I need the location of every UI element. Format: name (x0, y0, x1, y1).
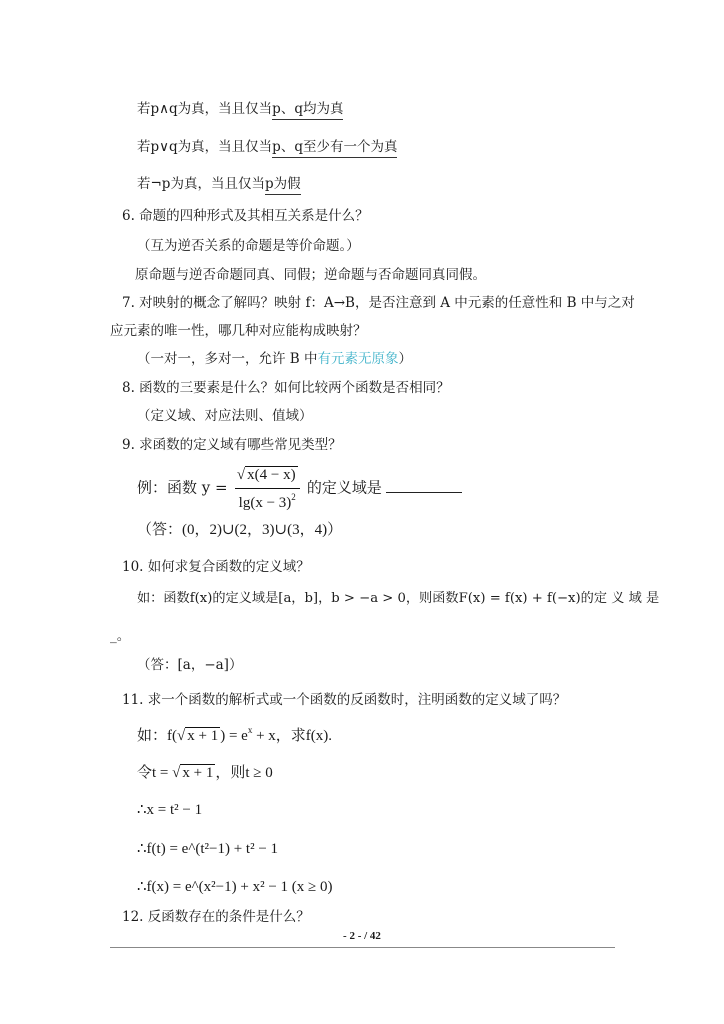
answer-blank (386, 478, 462, 493)
q7-question-line1: 7. 对映射的概念了解吗？映射 f：A→B，是否注意到 A 中元素的任意性和 B… (122, 294, 635, 312)
q9-question: 9. 求函数的定义域有哪些常见类型？ (122, 436, 342, 454)
q9-answer: （答：(0，2)∪(2，3)∪(3，4)） (137, 521, 342, 539)
q7-answer: （一对一，多对一，允许 B 中有元素无原象） (137, 350, 412, 368)
q11-step4: ∴f(x) = e^(x²−1) + x² − 1 (x ≥ 0) (137, 878, 333, 896)
sqrt-icon: √ (237, 467, 245, 483)
denominator-text: lg(x − 3) (239, 495, 292, 511)
q10-example-tail: _。 (110, 627, 130, 645)
q6-note: （互为逆否关系的命题是等价命题。） (137, 237, 360, 255)
q11-step3: ∴f(t) = e^(t²−1) + t² − 1 (137, 840, 278, 858)
exponent: 2 (291, 492, 296, 502)
q10-question: 10. 如何求复合函数的定义域？ (122, 558, 310, 576)
radicand: x + 1 (180, 764, 215, 781)
answer-text: ） (399, 351, 413, 367)
math-text: + x，求f(x). (252, 728, 332, 744)
math-text: ) = e (220, 728, 248, 744)
numerator: √x(4 − x) (235, 463, 300, 489)
fraction: √x(4 − x) lg(x − 3)2 (235, 463, 300, 515)
logic-rule-not: 若¬p为真，当且仅当p为假 (137, 175, 301, 193)
radicand: x + 1 (185, 727, 220, 744)
q11-question: 11. 求一个函数的解析式或一个函数的反函数时，注明函数的定义域了吗？ (122, 691, 566, 709)
q9-example: 例：函数 y = √x(4 − x) lg(x − 3)2 的定义域是 (137, 463, 462, 515)
denominator: lg(x − 3)2 (235, 489, 300, 515)
rule-answer: p、q均为真 (272, 101, 343, 120)
logic-rule-or: 若p∨q为真，当且仅当p、q至少有一个为真 (137, 138, 397, 156)
q11-step2: ∴x = t² − 1 (137, 801, 202, 819)
answer-text: （一对一，多对一，允许 B 中 (137, 351, 318, 367)
math-text: 令t = (137, 765, 172, 781)
q11-step1: 令t = √x + 1，则t ≥ 0 (137, 764, 273, 782)
radicand: x(4 − x) (245, 466, 297, 483)
rule-answer: p为假 (265, 176, 301, 195)
page-number: - 2 - / 42 (0, 930, 724, 942)
q8-question: 8. 函数的三要素是什么？如何比较两个函数是否相同？ (122, 379, 450, 397)
q10-example: 如：函数f(x)的定义域是[a，b]，b > −a > 0，则函数F(x) = … (137, 590, 659, 608)
q11-example: 如：f(√x + 1) = ex + x，求f(x). (137, 724, 332, 748)
example-text: 的定义域是 (307, 479, 382, 497)
logic-rule-and: 若p∧q为真，当且仅当p、q均为真 (137, 100, 343, 118)
math-text: ，则t ≥ 0 (215, 765, 272, 781)
example-text: 例：函数 y = (137, 479, 228, 497)
footer-divider (110, 947, 615, 948)
q6-question: 6. 命题的四种形式及其相互关系是什么？ (122, 207, 369, 225)
rule-text: 若p∨q为真，当且仅当 (137, 139, 272, 155)
q8-answer: （定义域、对应法则、值域） (137, 407, 313, 425)
sqrt-icon: √ (177, 728, 185, 744)
q6-detail: 原命题与逆否命题同真、同假；逆命题与否命题同真同假。 (135, 266, 486, 284)
highlighted-answer: 有元素无原象 (318, 351, 399, 367)
rule-text: 若p∧q为真，当且仅当 (137, 101, 272, 117)
rule-answer: p、q至少有一个为真 (272, 139, 397, 158)
q10-answer: （答：[a，−a]） (137, 656, 242, 674)
q7-question-line2: 应元素的唯一性，哪几种对应能构成映射？ (110, 322, 367, 340)
math-text: 如：f( (137, 728, 177, 744)
q12-question: 12. 反函数存在的条件是什么？ (122, 908, 310, 926)
rule-text: 若¬p为真，当且仅当 (137, 176, 265, 192)
